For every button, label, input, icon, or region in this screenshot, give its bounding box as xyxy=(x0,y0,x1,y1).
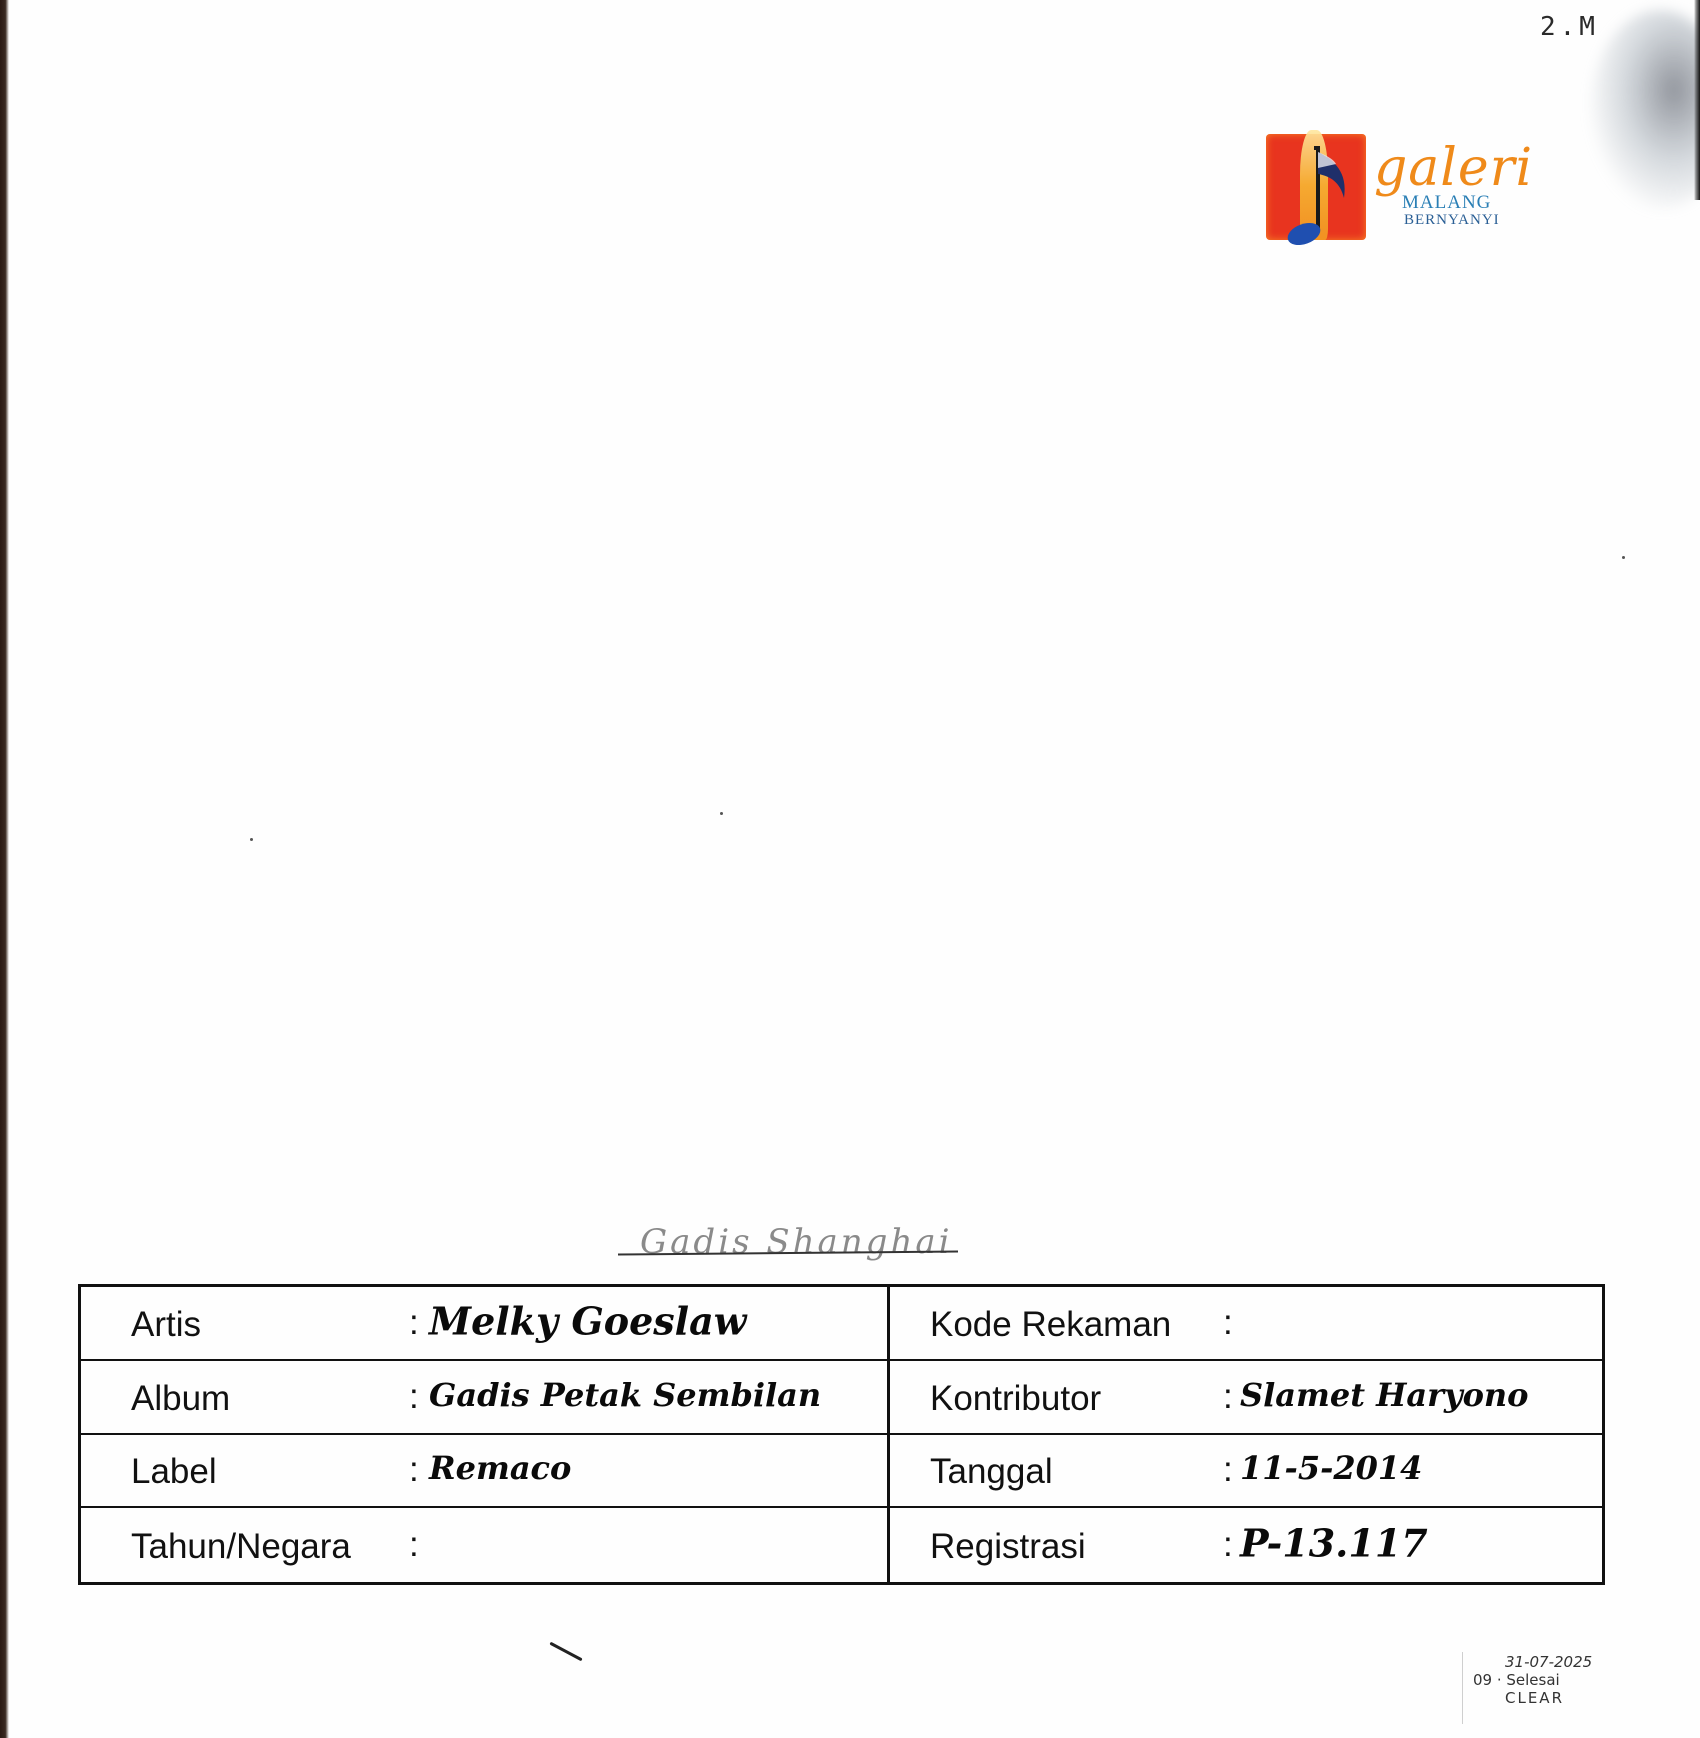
dust-speck xyxy=(720,812,723,815)
music-note-icon xyxy=(1274,142,1364,252)
stamp-status: 09 · Selesai xyxy=(1473,1672,1560,1689)
scan-smudge xyxy=(1590,10,1700,210)
field-label: Tanggal xyxy=(930,1452,1053,1492)
field-value: Remaco xyxy=(429,1449,571,1487)
field-separator: : xyxy=(1223,1377,1233,1417)
page-edge-shadow-right xyxy=(1694,0,1700,200)
field-separator: : xyxy=(1223,1525,1233,1565)
field-separator: : xyxy=(1223,1450,1233,1490)
field-separator: : xyxy=(409,1303,419,1343)
stamp-clear: CLEAR xyxy=(1505,1690,1564,1707)
logo-subtitle-bernyanyi: BERNYANYI xyxy=(1404,212,1500,229)
crossed-out-pencil-note: Gadis Shanghai xyxy=(640,1222,953,1262)
dust-speck xyxy=(1622,556,1625,559)
logo-subtitle-malang: MALANG xyxy=(1402,192,1491,214)
corner-code: 2.M xyxy=(1540,12,1599,42)
field-label: Album xyxy=(131,1379,230,1419)
field-label: Kode Rekaman xyxy=(930,1305,1171,1345)
field-label: Registrasi xyxy=(930,1527,1086,1567)
field-label-record: Label : Remaco xyxy=(81,1435,890,1509)
galeri-malang-bernyanyi-logo: galeri MALANG BERNYANYI xyxy=(1262,130,1542,250)
logo-wordmark: galeri xyxy=(1374,138,1533,198)
field-value: Melky Goeslaw xyxy=(429,1298,746,1343)
field-value: P-13.117 xyxy=(1240,1520,1428,1565)
field-label: Kontributor xyxy=(930,1379,1101,1419)
stamp-date: 31-07-2025 xyxy=(1505,1654,1592,1671)
field-separator: : xyxy=(409,1377,419,1417)
field-label: Label xyxy=(131,1452,217,1492)
stray-pen-mark xyxy=(549,1642,582,1662)
field-value: Slamet Haryono xyxy=(1240,1376,1529,1414)
field-separator: : xyxy=(1223,1303,1233,1343)
field-label: Tahun/Negara xyxy=(131,1527,351,1567)
field-tahun-negara: Tahun/Negara : xyxy=(81,1508,890,1582)
field-kode-rekaman: Kode Rekaman : xyxy=(890,1287,1602,1361)
field-separator: : xyxy=(409,1450,419,1490)
archive-stamp: 31-07-2025 09 · Selesai CLEAR xyxy=(1462,1652,1613,1724)
dust-speck xyxy=(250,838,253,841)
field-separator: : xyxy=(409,1525,419,1565)
field-tanggal: Tanggal : 11-5-2014 xyxy=(890,1435,1602,1509)
field-label: Artis xyxy=(131,1305,201,1345)
field-value: 11-5-2014 xyxy=(1240,1449,1422,1487)
field-value: Gadis Petak Sembilan xyxy=(429,1376,821,1414)
field-registrasi: Registrasi : P-13.117 xyxy=(890,1508,1602,1582)
field-artis: Artis : Melky Goeslaw xyxy=(81,1287,890,1361)
field-album: Album : Gadis Petak Sembilan xyxy=(81,1361,890,1435)
page-edge-shadow xyxy=(0,0,9,1738)
field-kontributor: Kontributor : Slamet Haryono xyxy=(890,1361,1602,1435)
record-info-table: Artis : Melky Goeslaw Kode Rekaman : Alb… xyxy=(78,1284,1605,1585)
